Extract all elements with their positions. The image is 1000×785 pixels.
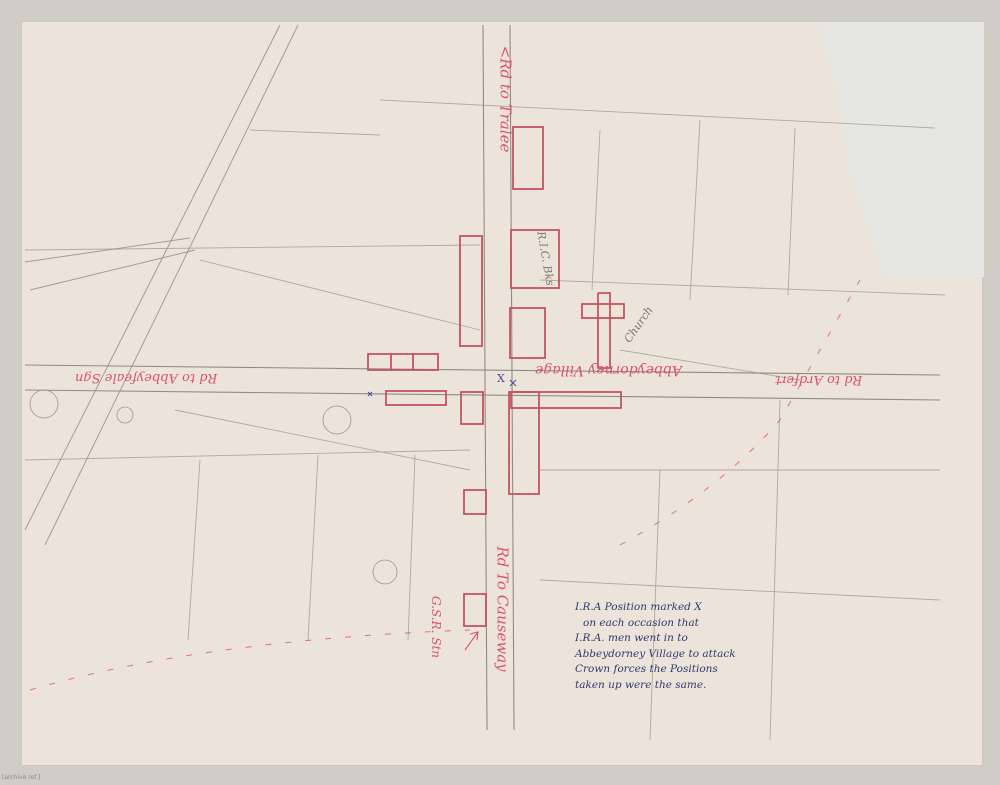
archive-footer: [archive ref.]	[2, 774, 40, 781]
gsr-station-label: G.S.R. Stn	[429, 596, 443, 658]
road-label-west: Rd to Abbeyfeale Sgn	[75, 370, 217, 385]
note-line: Crown forces the Positions	[575, 662, 775, 678]
note-line: on each occasion that	[575, 616, 775, 632]
note-line: I.R.A Position marked X	[575, 600, 775, 616]
ira-position-marker: X	[497, 372, 505, 385]
note-line: Abbeydorney Village to attack	[575, 647, 775, 663]
road-label-east: Rd to Ardfert	[775, 372, 862, 387]
railway-line	[25, 25, 298, 545]
road-label-north: <Rd to Tralee	[496, 46, 514, 153]
pond-features	[30, 390, 397, 584]
note-line: I.R.A. men went in to	[575, 631, 775, 647]
station-arrow	[465, 632, 478, 650]
annotation-note: I.R.A Position marked X on each occasion…	[575, 600, 775, 693]
note-line: taken up were the same.	[575, 678, 775, 694]
road-label-south: Rd To Causeway	[494, 546, 512, 671]
village-label: Abbeydorney Village	[535, 362, 682, 378]
